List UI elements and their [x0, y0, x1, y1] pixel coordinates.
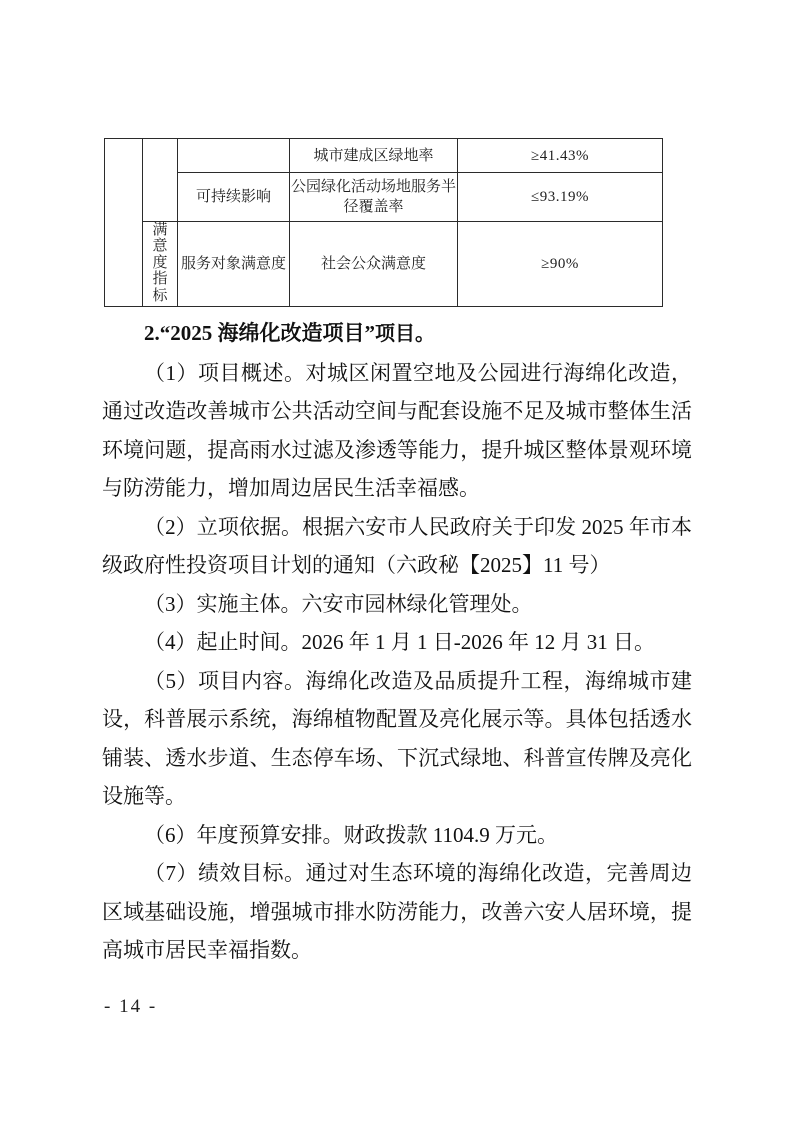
section-heading-suffix: 项目。 — [375, 323, 435, 345]
paragraph-time-period: （4）起止时间。2026 年 1 月 1 日-2026 年 12 月 31 日。 — [102, 623, 692, 662]
section-heading-title: 2.“2025 海绵化改造项目” — [144, 321, 375, 345]
paragraph-project-overview: （1）项目概述。对城区闲置空地及公园进行海绵化改造，通过改造改善城市公共活动空间… — [102, 354, 692, 508]
value-cell: ≥41.43% — [458, 139, 663, 173]
empty-continuation-cell — [105, 139, 143, 307]
document-page: 城市建成区绿地率 ≥41.43% 可持续影响 公园绿化活动场地服务半径覆盖率 ≤… — [0, 0, 793, 1122]
category-cell: 可持续影响 — [178, 173, 290, 222]
table-row: 满意度指标 服务对象满意度 社会公众满意度 ≥90% — [105, 222, 663, 307]
section-heading: 2.“2025 海绵化改造项目”项目。 — [102, 314, 692, 354]
paragraph-performance-goal: （7）绩效目标。通过对生态环境的海绵化改造，完善周边区域基础设施，增强城市排水防… — [102, 854, 692, 970]
paragraph-approval-basis: （2）立项依据。根据六安市人民政府关于印发 2025 年市本级政府性投资项目计划… — [102, 508, 692, 585]
performance-indicator-table: 城市建成区绿地率 ≥41.43% 可持续影响 公园绿化活动场地服务半径覆盖率 ≤… — [104, 138, 663, 307]
paragraph-project-content: （5）项目内容。海绵化改造及品质提升工程，海绵城市建设，科普展示系统，海绵植物配… — [102, 662, 692, 816]
value-cell: ≤93.19% — [458, 173, 663, 222]
indicator-cell: 社会公众满意度 — [290, 222, 458, 307]
group-cell-vertical: 满意度指标 — [143, 222, 178, 307]
category-cell — [178, 139, 290, 173]
document-body: 2.“2025 海绵化改造项目”项目。 （1）项目概述。对城区闲置空地及公园进行… — [102, 314, 692, 970]
value-cell: ≥90% — [458, 222, 663, 307]
table-row: 可持续影响 公园绿化活动场地服务半径覆盖率 ≤93.19% — [105, 173, 663, 222]
empty-group-cell — [143, 139, 178, 222]
paragraph-implementing-body: （3）实施主体。六安市园林绿化管理处。 — [102, 585, 692, 624]
category-cell: 服务对象满意度 — [178, 222, 290, 307]
page-number: - 14 - — [104, 996, 157, 1018]
table-row: 城市建成区绿地率 ≥41.43% — [105, 139, 663, 173]
paragraph-annual-budget: （6）年度预算安排。财政拨款 1104.9 万元。 — [102, 816, 692, 855]
group-label: 满意度指标 — [153, 222, 168, 304]
indicator-cell: 城市建成区绿地率 — [290, 139, 458, 173]
indicator-cell: 公园绿化活动场地服务半径覆盖率 — [290, 173, 458, 222]
